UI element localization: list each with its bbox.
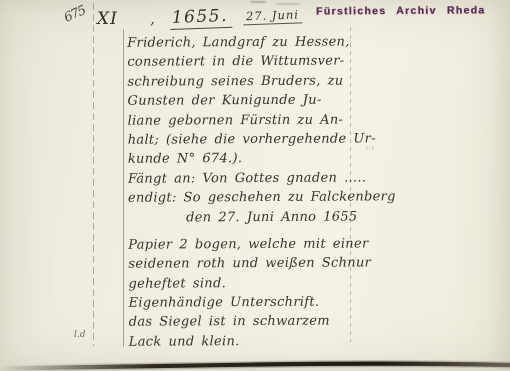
body-line: das Siegel ist in schwarzem xyxy=(129,312,397,333)
paper-speck: ı·ı xyxy=(366,145,375,152)
body-line: Papier 2 bogen, welche mit einer xyxy=(128,234,396,255)
top-edge-smudge xyxy=(250,1,266,3)
margin-rule-left xyxy=(93,3,94,346)
body-line: kunde N° 674.). xyxy=(128,149,396,170)
entry-body: Friderich, Landgraf zu Hessen, consentie… xyxy=(127,32,396,352)
photo-bottom-edge-shadow xyxy=(0,357,510,371)
body-line: Gunsten der Kunigunde Ju- xyxy=(127,90,395,111)
body-line: schreibung seines Bruders, zu xyxy=(127,71,395,92)
body-line: halt; (siehe die vorhergehende Ur- xyxy=(128,129,396,150)
text-block-rule-left xyxy=(123,29,124,347)
body-line: endigt: So geschehen zu Falckenberg xyxy=(128,187,396,208)
body-line: Fängt an: Von Gottes gnaden ..... xyxy=(128,168,396,189)
document-number: 675 xyxy=(62,3,88,26)
heading-flourish: , xyxy=(150,9,155,27)
section-numeral: XI xyxy=(97,9,118,29)
body-line: liane gebornen Fürstin zu An- xyxy=(128,110,396,131)
heading-date: 27. Juni xyxy=(243,7,303,25)
archive-card-photo: 675 XI l.d Fürstliches Archiv Rheda , 16… xyxy=(0,0,510,371)
paper-speck: · xyxy=(458,118,461,125)
heading-year: 1655. xyxy=(169,6,232,30)
body-line: seidenen roth und weißen Schnur xyxy=(128,254,396,275)
body-line: geheftet sind. xyxy=(128,273,396,294)
body-line: den 27. Juni Anno 1655 xyxy=(128,207,396,228)
body-line: Eigenhändige Unterschrift. xyxy=(129,292,397,313)
bottom-left-mark: l.d xyxy=(74,330,86,340)
archive-stamp: Fürstliches Archiv Rheda xyxy=(316,4,486,17)
entry-heading: , 1655. 27. Juni xyxy=(150,3,303,30)
body-line: Friderich, Landgraf zu Hessen, xyxy=(127,32,395,53)
body-line: consentiert in die Wittumsver- xyxy=(127,52,395,73)
top-edge-smudge xyxy=(276,3,300,5)
body-line: Lack und klein. xyxy=(129,331,397,352)
